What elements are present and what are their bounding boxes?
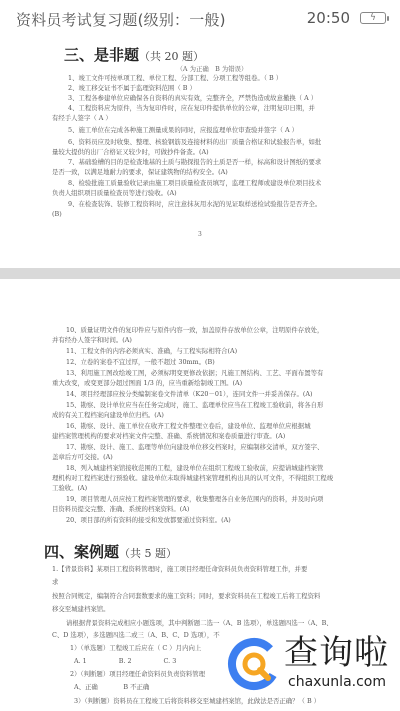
page-number: 3 [198,231,202,238]
section-count: （共 5 题） [119,547,177,560]
question-line: 5、施工单位在完成各种施工测量成果的同时，应报监理单位审查验并签字（ A ） [68,126,298,134]
question-line: 19、项目管理人员应按工程档案管理的要求，收集整理各自业务范围内的资料，并及时向… [66,495,323,503]
search-magnifier-logo-icon [226,636,282,692]
case-line: 求 [52,578,58,586]
section-title: 三、是非题 [64,46,139,64]
question-line: 2、竣工移交证书不属于监理资料范围（ B ） [68,84,196,92]
question-line: 成的有关工程档案向建设单位归档。(A) [52,411,164,419]
question-line: 是否一致，以满足地耐力的要求，保证建筑物的结构安全。(A) [52,168,228,176]
question-line: 建档案管理机构的要求对档案文件完整、准确、系统情况和案卷质量进行审查。(A) [52,432,285,440]
case-line: 请根据背景资料完成相应小题选项，其中判断题二选一（A、B 选项），单选题四选一（… [66,619,333,627]
case-line: 3）（判断题）资料员在工程竣工后将资料移交至城建档案馆，此做法是否正确？（ B … [74,697,320,705]
question-line: 17、勘察、设计、施工、监理等单位向建设单位移交档案时，应编制移交清单，双方签字… [66,443,323,451]
case-line: A、正确 B 不正确 [74,683,149,691]
question-line: 7、基础验槽的目的是检查地基的土质与勘探报告的土质是否一样，标高和设计图纸的要求 [68,158,321,166]
watermark-brand-cn: 查询啦 [284,632,389,674]
status-bar: 资料员考试复习题(级别：一般) 20:50 ϟ [0,0,400,36]
question-line: 负责人组织项目质量检查员等进行验收。(A) [52,189,177,197]
question-line: 1、竣工文件可按单项工程、单位工程、分部工程、分项工程等组卷。（ B ） [68,74,282,82]
case-line: 1.【背景资料】某项目工程资料管理时，施工项目经理任命资料员负责资料管理工作，并… [52,565,307,573]
section-title: 四、案例题 [44,543,119,561]
question-line: 3、工程各参建单位应确保各自资料的真实有效，完整齐全，严禁伪造或故意撤换（ A … [68,94,317,102]
question-line: 并有经办人签字和时间。(A) [52,336,132,344]
question-line: 重大改变，或变更部分超过图面 1/3 的，应当重新绘制竣工图。(A) [52,379,242,387]
section-heading-case-study: 四、案例题（共 5 题） [44,541,177,562]
question-line: 13、利用施工图改绘竣工图，必须标明变更修改依据；凡施工图结构、工艺、平面布置等… [66,369,323,377]
question-line: 4、工程资料应为原件，当为复印件时，应在复印件提供单位的公章，注明复印日期，并 [68,104,315,112]
question-line: 9、在检查装饰、装修工程资料时，应注意抹灰用水泥的见证取样送检试验报告是否齐全。 [68,200,321,208]
question-line: 6、资料员应及时收集、整理、核验钢筋及连接材料的出厂质量合格证和试验报告单，如批 [68,138,321,146]
question-line: 8、检验批施工质量验收记录由施工项目质量检查员填写，监理工程师或建设单位项目技术 [68,179,321,187]
battery-charging-icon: ϟ [360,12,386,24]
question-line: 12、立卷的案卷不宜过厚，一般不超过 30mm。(B) [66,358,215,366]
question-line: 14、项目经理部应按分类编制案卷文件清单（K20－01），连同文件一并妥善保存。… [66,390,312,398]
case-line: 2）（判断题）项目经理任命资料员负责资料管理 [70,670,205,678]
case-line: A. 1 B. 2 C. 3 [74,657,176,665]
question-line: 16、勘察、设计、施工单位在收齐工程文件整理立卷后，建设单位、监理单位应根据城 [66,422,311,430]
question-line: 目资料员提交完整、准确、系统的档案资料。(A) [52,505,189,513]
page-separator [0,268,400,279]
case-line: 按照合同规定，编制符合合同套数要求的施工资料；同时，要求资料员在工程竣工后将工程… [52,592,320,600]
question-line: 18、列入城建档案馆接收范围的工程，建设单位在组织工程竣工验收前，应提请城建档案… [66,464,323,472]
clock: 20:50 [307,9,350,27]
watermark-brand-en: chaxunla.com [288,674,386,690]
document-page-1[interactable]: 三、是非题（共 20 题） （A 为正确 B 为错误） 1、竣工文件可按单项工程… [0,36,400,268]
question-line: 15、勘察、设计单位应当在任务完成时，施工、监理单位应当在工程竣工验收前，将各自… [66,401,323,409]
section-heading-true-false: 三、是非题（共 20 题） [64,44,204,65]
case-line: C、D 选项），多选题四选二或三（A、B、C、D 选项），不 [52,631,220,639]
case-line: 1）（单选题）工程竣工后应在（ C ）月内向上 [70,644,201,652]
question-line: 工验收。(A) [52,484,87,492]
question-line: 10、质量证明文件的复印件应与原件内容一致，加盖原件存放单位公章，注明原件存放处… [66,326,323,334]
question-line: (B) [52,210,62,218]
document-title: 资料员考试复习题(级别：一般) [16,9,226,30]
question-line: 20、项目部的所有资料的接受和发放都要通过资料室。(A) [66,516,231,524]
question-line: 有经手人签字（ A ） [52,114,112,122]
chaxunla-watermark: 查询啦 chaxunla.com [222,632,398,696]
section-count: （共 20 题） [139,50,204,63]
question-line: 盖章后方可交接。(A) [52,453,113,461]
question-line: 量较大提供的出厂合格证又较少时，可做抄件备查。(A) [52,148,209,156]
case-line: 移交至城建档案馆。 [52,605,110,613]
answer-legend: （A 为正确 B 为错误） [12,64,400,73]
question-line: 11、工程文件的内容必须真实、准确，与工程实际相符合(A) [66,347,237,355]
question-line: 理机构对工程档案进行预验收。建设单位未取得城建档案管理机构出具的认可文件，不得组… [52,474,333,482]
